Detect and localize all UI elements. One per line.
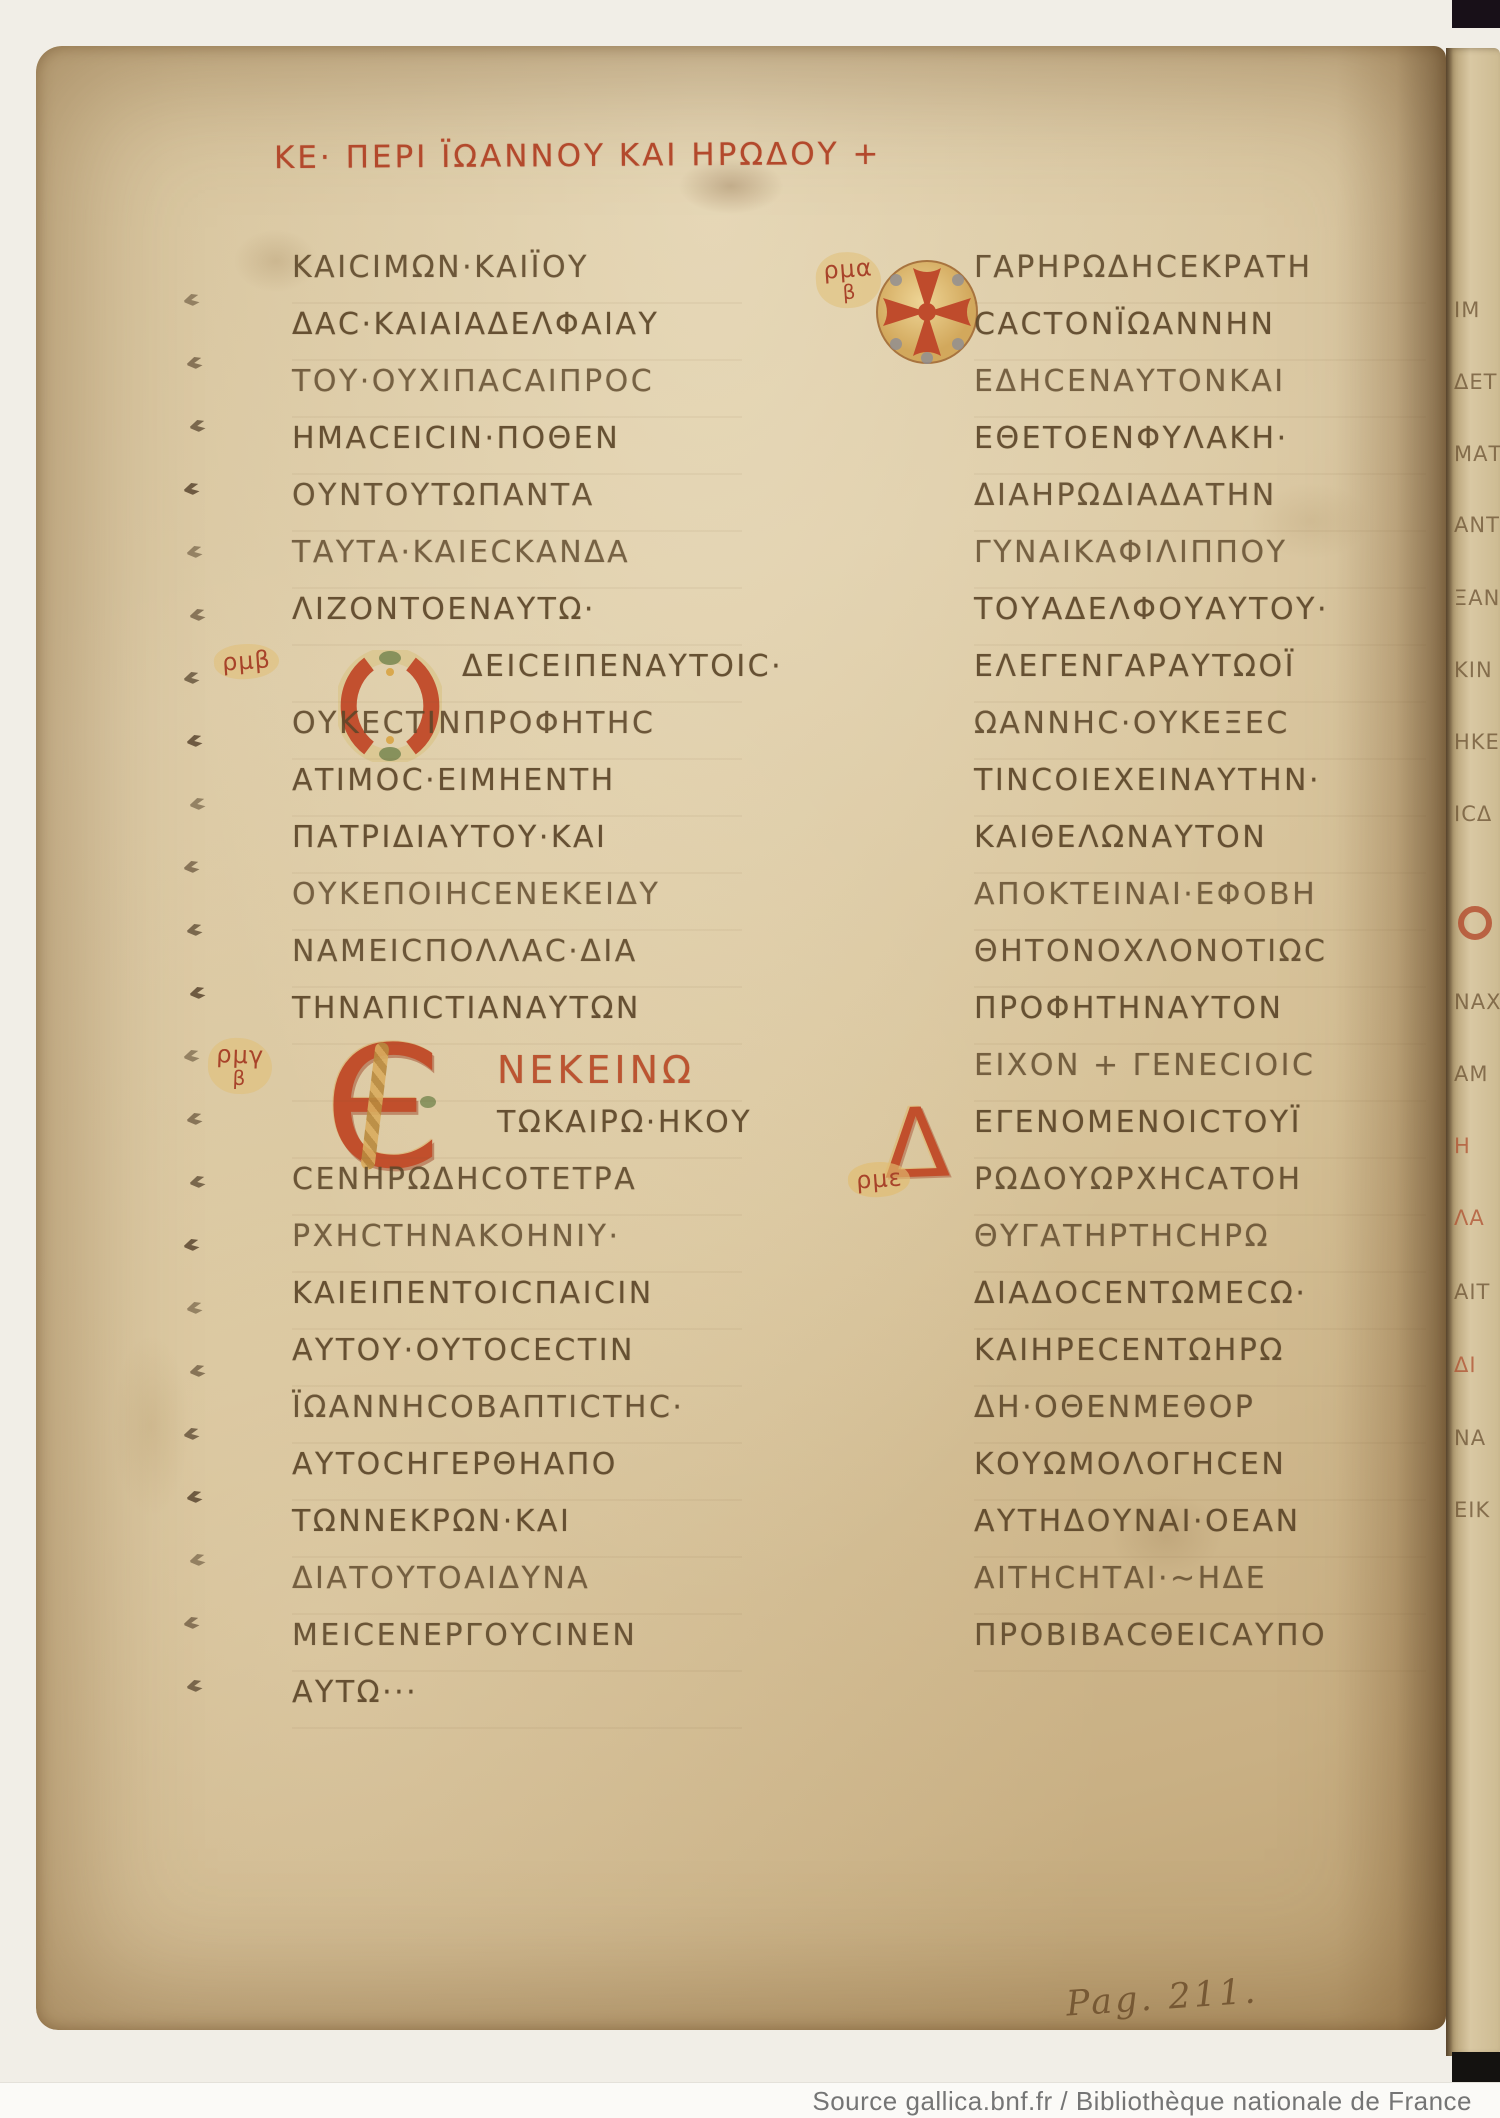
edge-text-fragment: Η bbox=[1454, 1134, 1500, 1158]
page-number-annotation: Pag. 211. bbox=[1065, 1971, 1260, 2024]
margin-mark-icon bbox=[183, 482, 200, 496]
edge-text-fragment: ΗΚΕ bbox=[1454, 730, 1500, 754]
margin-mark-icon bbox=[189, 986, 206, 1000]
section-number-text: ρμβ bbox=[221, 645, 272, 676]
text-line: ΛΙΖΟΝΤΟΕΝΑΥΤΩ· bbox=[292, 592, 742, 649]
margin-mark-icon bbox=[189, 1364, 206, 1378]
edge-text-fragment: ΔΕΤ bbox=[1454, 370, 1500, 394]
text-line: ΟΥΚΕCΤΙΝΠΡΟΦΗΤΗC bbox=[292, 706, 742, 763]
text-line: ΝΑΜΕΙCΠΟΛΛΑC·ΔΙΑ bbox=[292, 934, 742, 991]
margin-mark-icon bbox=[183, 1238, 200, 1252]
text-line: ΑΥΤΟΥ·ΟΥΤΟCΕCΤΙΝ bbox=[292, 1333, 742, 1390]
edge-text-fragment: ΑΜ bbox=[1454, 1062, 1500, 1086]
initial-delta: Δ bbox=[882, 1086, 986, 1219]
scan-background: ΚΕ· ΠΕΡΙ ΪΩΑΝΝΟΥ ΚΑΙ ΗΡΩΔΟΥ + Є Δ bbox=[0, 0, 1500, 2082]
margin-mark-icon bbox=[186, 1679, 203, 1693]
margin-mark-icon bbox=[186, 1112, 203, 1126]
chapter-title-rubric: ΚΕ· ΠΕΡΙ ΪΩΑΝΝΟΥ ΚΑΙ ΗΡΩΔΟΥ + bbox=[274, 136, 882, 176]
margin-mark-icon bbox=[183, 860, 200, 874]
margin-mark-icon bbox=[189, 608, 206, 622]
text-line: ΟΥΝΤΟΥΤΩΠΑΝΤΑ bbox=[292, 478, 742, 535]
margin-mark-icon bbox=[189, 1175, 206, 1189]
text-line: ΤΩΚΑΙΡΩ·ΗΚΟΥ bbox=[292, 1105, 742, 1162]
text-line: ΑΤΙΜΟC·ΕΙΜΗΕΝΤΗ bbox=[292, 763, 742, 820]
text-line: ΤΑΥΤΑ·ΚΑΙΕCΚΑΝΔΑ bbox=[292, 535, 742, 592]
margin-mark-icon bbox=[186, 734, 203, 748]
margin-mark-icon bbox=[189, 419, 206, 433]
source-attribution-bar: Source gallica.bnf.fr / Bibliothèque nat… bbox=[0, 2082, 1500, 2118]
margin-mark-icon bbox=[183, 293, 200, 307]
source-attribution-text: Source gallica.bnf.fr / Bibliothèque nat… bbox=[812, 2086, 1500, 2117]
margin-mark-icon bbox=[186, 1490, 203, 1504]
margin-mark-icon bbox=[183, 1049, 200, 1063]
adjacent-folio-edge: ΙΜΔΕΤΜΑΤΑΝΤΞΑΝΚΙΝΗΚΕΙCΔΝΑΧΑΜΗΛΑΑΙΤΔΙΝΑΕΙ… bbox=[1446, 48, 1500, 2056]
edge-text-fragment: ΚΙΝ bbox=[1454, 658, 1500, 682]
text-line: ΪΩΑΝΝΗCΟΒΑΠΤΙCΤΗC· bbox=[292, 1390, 742, 1447]
margin-section-number: ρμγ β bbox=[207, 1037, 273, 1095]
scanner-black-corner bbox=[1452, 0, 1500, 28]
text-line: ΑΥΤΟCΗΓΕΡΘΗΑΠΟ bbox=[292, 1447, 742, 1504]
section-number-text: ρμε bbox=[855, 1163, 903, 1194]
edge-text-fragment: ΙΜ bbox=[1454, 298, 1500, 322]
edge-text-fragment: ΙCΔ bbox=[1454, 802, 1500, 826]
margin-section-number: ρμα β bbox=[814, 250, 883, 311]
margin-mark-icon bbox=[183, 1616, 200, 1630]
edge-text-fragment: ΞΑΝ bbox=[1454, 586, 1500, 610]
text-line: ΔΙΑΤΟΥΤΟΑΙΔΥΝΑ bbox=[292, 1561, 742, 1618]
text-line: ΜΕΙCΕΝΕΡΓΟΥCΙΝΕΝ bbox=[292, 1618, 742, 1675]
text-line: ΑΥΤΩ··· bbox=[292, 1675, 742, 1732]
edge-text-fragment: ΝΑ bbox=[1454, 1426, 1500, 1450]
text-line: ΟΥΚΕΠΟΙΗCΕΝΕΚΕΙΔΥ bbox=[292, 877, 742, 934]
text-line: ΔΑC·ΚΑΙΑΙΑΔΕΛΦΑΙΑΥ bbox=[292, 307, 742, 364]
margin-mark-icon bbox=[189, 797, 206, 811]
cross-medallion-icon bbox=[874, 258, 980, 366]
margin-mark-icon bbox=[186, 923, 203, 937]
margin-mark-icon bbox=[183, 671, 200, 685]
page-fold-shadow bbox=[1336, 46, 1446, 2030]
edge-text-fragment: ΑΙΤ bbox=[1454, 1280, 1500, 1304]
left-margin-marks bbox=[184, 294, 204, 1794]
text-line: ΚΑΙΕΙΠΕΝΤΟΙCΠΑΙCΙΝ bbox=[292, 1276, 742, 1333]
margin-mark-icon bbox=[189, 1553, 206, 1567]
margin-mark-icon bbox=[183, 1427, 200, 1441]
margin-mark-icon bbox=[186, 1301, 203, 1315]
text-column-left: ΚΑΙCΙΜΩΝ·ΚΑΙΪΟΥΔΑC·ΚΑΙΑΙΑΔΕΛΦΑΙΑΥΤΟΥ·ΟΥΧ… bbox=[292, 250, 742, 1732]
margin-mark-icon bbox=[186, 356, 203, 370]
text-line: ΤΟΥ·ΟΥΧΙΠΑCΑΙΠΡΟC bbox=[292, 364, 742, 421]
margin-section-number: ρμβ bbox=[213, 642, 280, 682]
edge-text-fragment: ΝΑΧ bbox=[1454, 990, 1500, 1014]
text-line: ΔΕΙCΕΙΠΕΝΑΥΤΟΙC· bbox=[292, 649, 742, 706]
edge-text-fragment: ΑΝΤ bbox=[1454, 513, 1500, 537]
edge-text-fragment: ΜΑΤ bbox=[1454, 442, 1500, 466]
text-line: ΡΧΗCΤΗΝΑΚΟΗΝΙΥ· bbox=[292, 1219, 742, 1276]
canon-number-text: β bbox=[215, 1067, 263, 1090]
text-line: ΝΕΚΕΙΝΩ bbox=[292, 1048, 742, 1105]
text-line: ΤΗΝΑΠΙCΤΙΑΝΑΥΤΩΝ bbox=[292, 991, 742, 1048]
text-line: ΤΩΝΝΕΚΡΩΝ·ΚΑΙ bbox=[292, 1504, 742, 1561]
edge-text-fragment: ΛΑ bbox=[1454, 1206, 1500, 1230]
text-line: ΚΑΙCΙΜΩΝ·ΚΑΙΪΟΥ bbox=[292, 250, 742, 307]
edge-text-fragment: ΔΙ bbox=[1454, 1353, 1500, 1377]
text-line: ΠΑΤΡΙΔΙΑΥΤΟΥ·ΚΑΙ bbox=[292, 820, 742, 877]
margin-mark-icon bbox=[186, 545, 203, 559]
text-line: CΕΝΗΡΩΔΗCΟΤΕΤΡΑ bbox=[292, 1162, 742, 1219]
scanner-black-corner bbox=[1452, 2052, 1500, 2082]
text-line: ΗΜΑCΕΙCΙΝ·ΠΟΘΕΝ bbox=[292, 421, 742, 478]
edge-text-fragment: ΕΙΚ bbox=[1454, 1498, 1500, 1522]
manuscript-page: ΚΕ· ΠΕΡΙ ΪΩΑΝΝΟΥ ΚΑΙ ΗΡΩΔΟΥ + Є Δ bbox=[36, 46, 1446, 2030]
edge-initial-ring-icon bbox=[1458, 906, 1492, 940]
